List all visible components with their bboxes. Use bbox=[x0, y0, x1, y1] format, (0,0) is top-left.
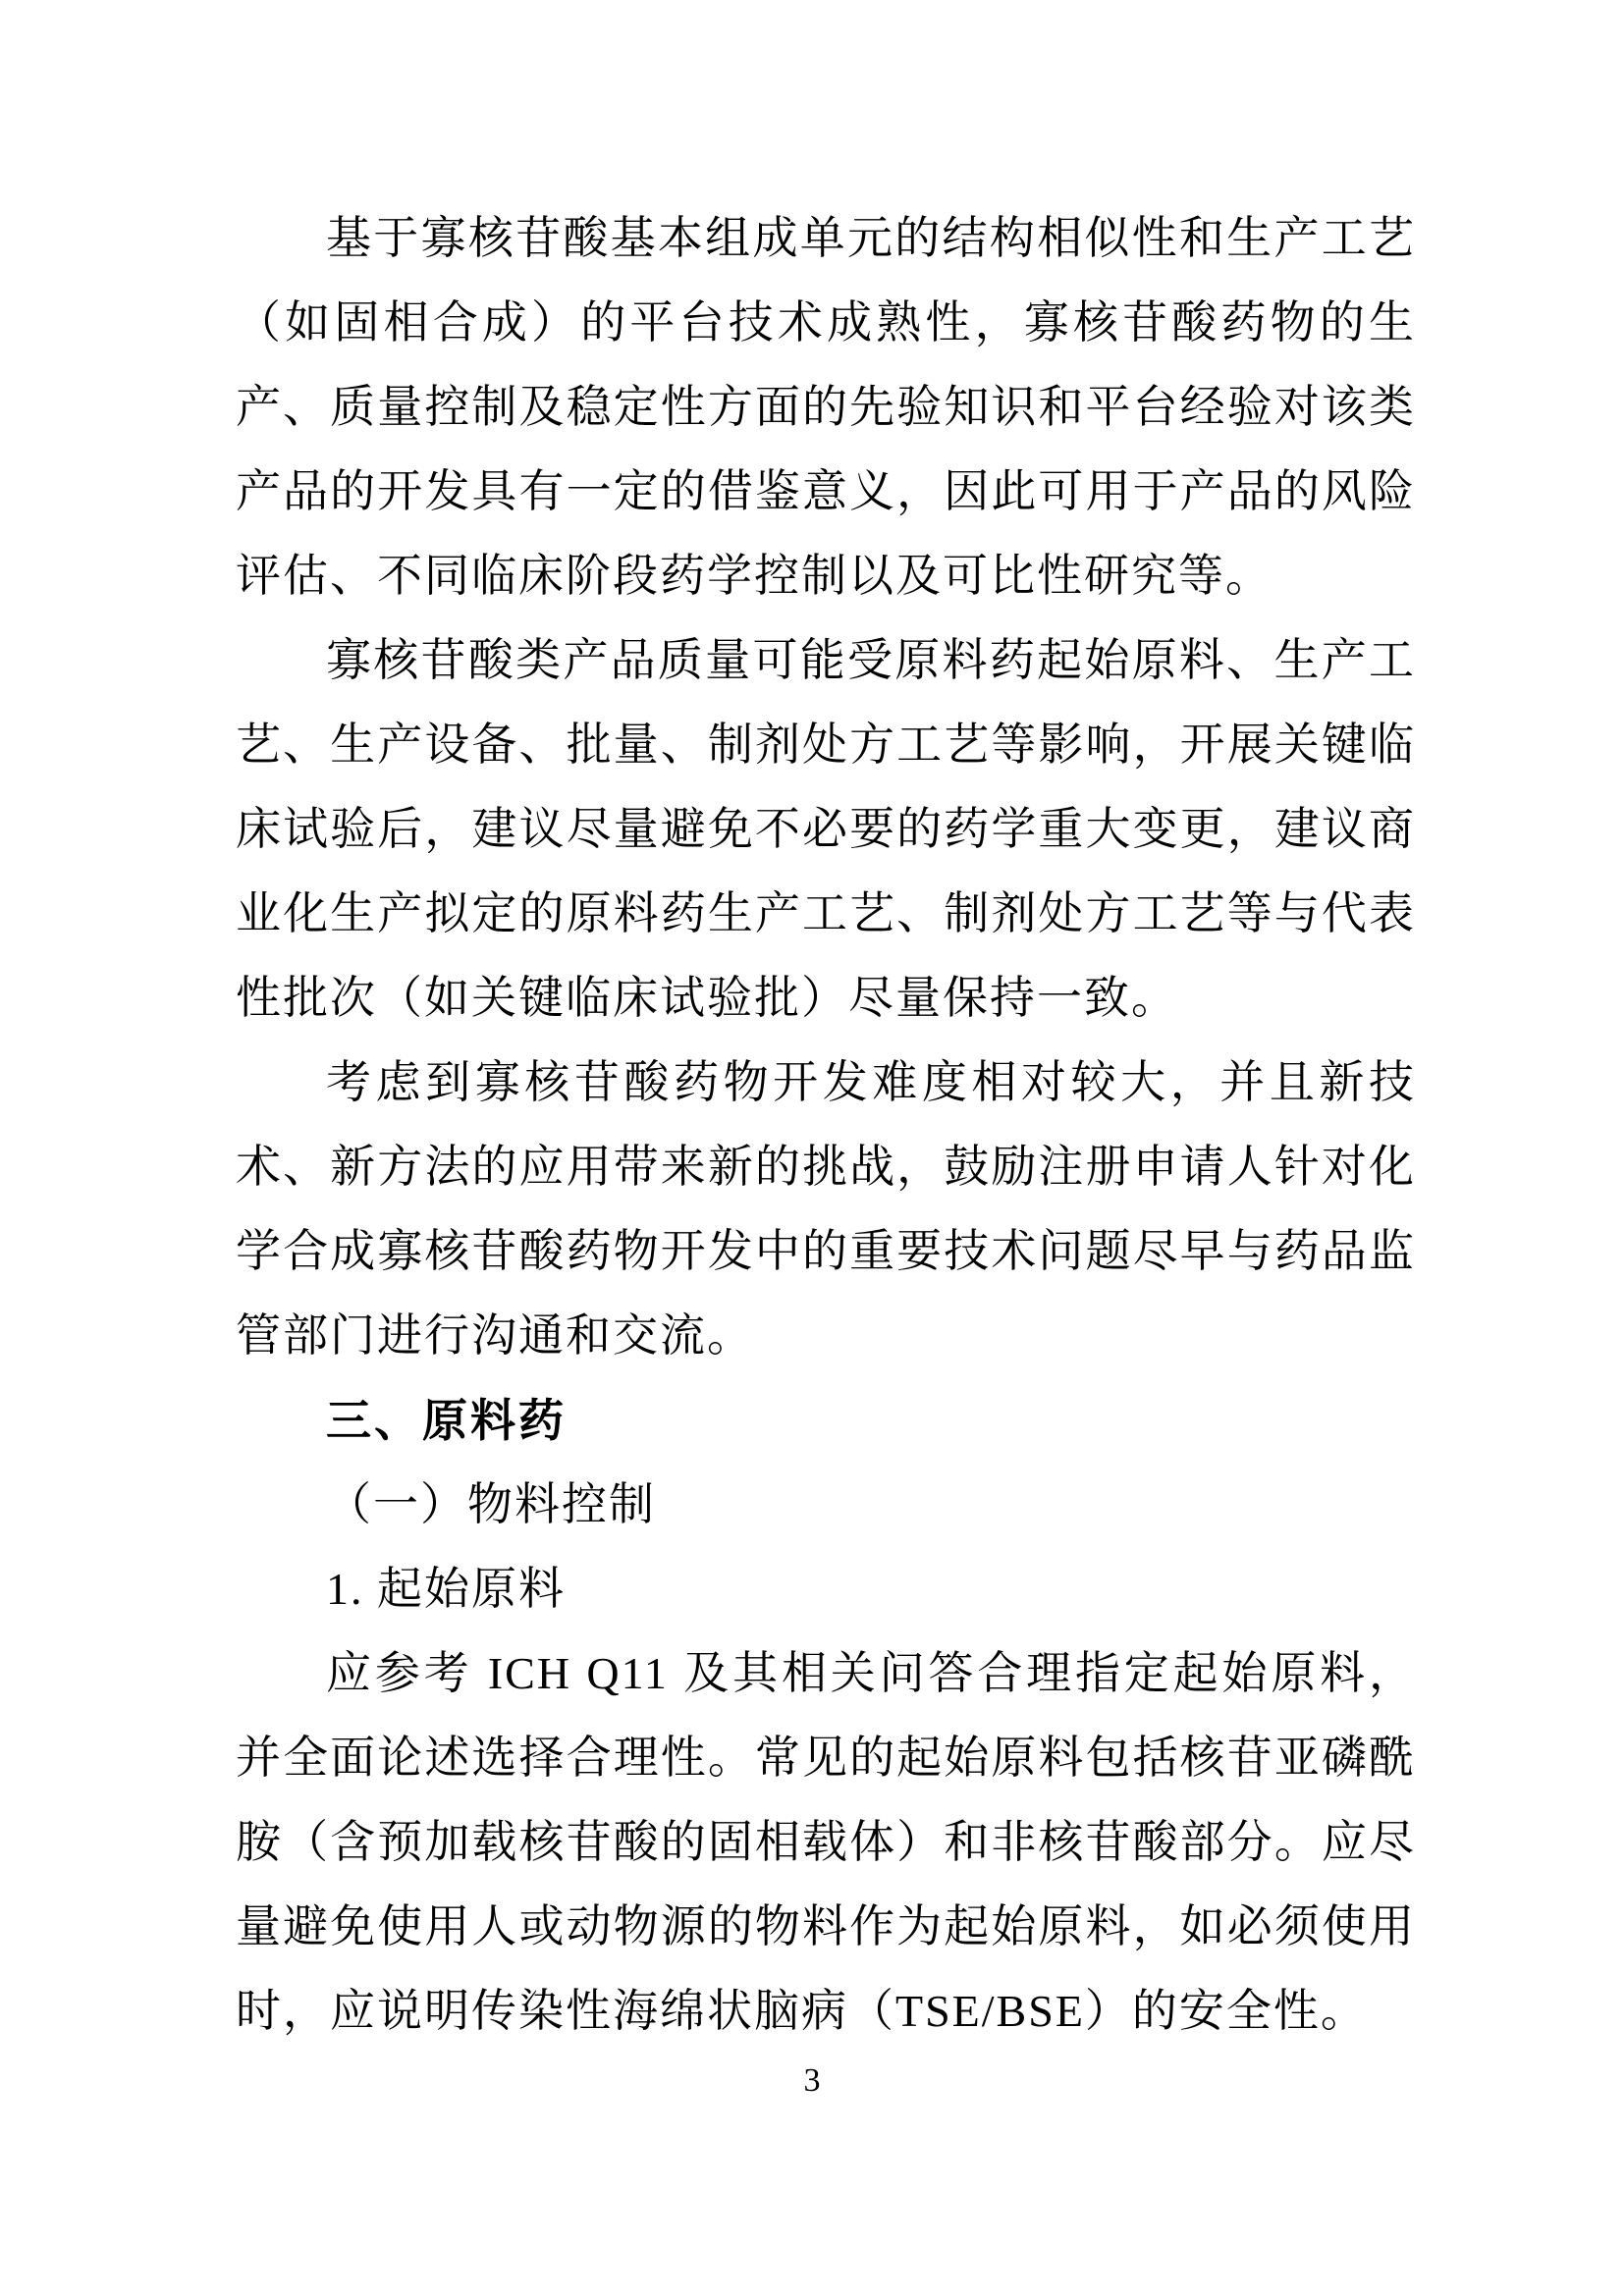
page-body-text: 基于寡核苷酸基本组成单元的结构相似性和生产工艺（如固相合成）的平台技术成熟性，寡… bbox=[236, 196, 1416, 2054]
paragraph-quality-influences: 寡核苷酸类产品质量可能受原料药起始原料、生产工艺、生产设备、批量、制剂处方工艺等… bbox=[236, 618, 1416, 1041]
paragraph-starting-material-guidance: 应参考 ICH Q11 及其相关问答合理指定起始原料，并全面论述选择合理性。常见… bbox=[236, 1631, 1416, 2054]
page-number: 3 bbox=[0, 2061, 1624, 2101]
numbered-heading-starting-materials: 1. 起始原料 bbox=[236, 1547, 1416, 1631]
paragraph-platform-experience: 基于寡核苷酸基本组成单元的结构相似性和生产工艺（如固相合成）的平台技术成熟性，寡… bbox=[236, 196, 1416, 618]
section-heading-drug-substance: 三、原料药 bbox=[236, 1378, 1416, 1463]
paragraph-communication-encouragement: 考虑到寡核苷酸药物开发难度相对较大，并且新技术、新方法的应用带来新的挑战，鼓励注… bbox=[236, 1041, 1416, 1378]
subsection-heading-material-control: （一）物料控制 bbox=[236, 1463, 1416, 1547]
document-page: 基于寡核苷酸基本组成单元的结构相似性和生产工艺（如固相合成）的平台技术成熟性，寡… bbox=[0, 0, 1624, 2296]
